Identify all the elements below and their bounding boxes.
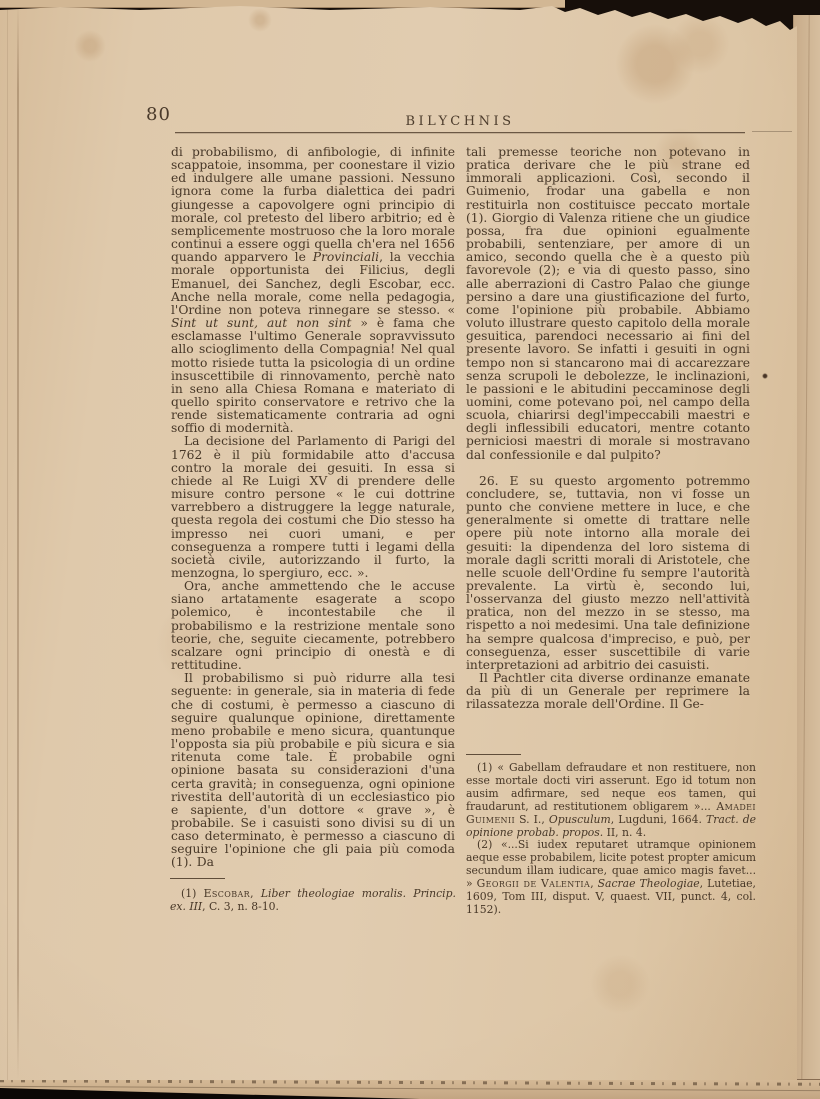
text-run: , Lugduni, 1664. [611,813,706,826]
text-run: , [250,887,261,900]
paragraph: 26. E su questo argomento potremmo concl… [466,475,750,672]
page-number: 80 [146,104,171,125]
paragraph: Il probabilismo si può ridurre alla tesi… [171,672,455,869]
right-footnotes: (1) « Gabellam defraudare et non restitu… [466,762,756,917]
text-run: (1) [181,887,204,900]
right-footnote-rule [466,754,521,755]
page-edge-scratches [0,1079,820,1086]
header-rule-fragment [752,131,792,132]
text-run: II, n. 4. [603,826,646,839]
text-run: Escobar [204,887,251,900]
paragraph: (2) «...Si iudex reputaret utramque opin… [466,839,756,916]
left-footnotes: (1) Escobar, Liber theologiae moralis. P… [170,888,456,914]
paragraph: tali premesse teoriche non potevano in p… [466,146,750,462]
text-run: S. I., [515,813,549,826]
text-run: , C. 3, n. 8-10. [202,900,279,913]
left-column: di probabilismo, di anfibologie, di infi… [171,146,455,870]
header-rule [175,132,745,133]
text-run: » è fama che esclamasse l'ultimo General… [171,316,455,435]
left-crease-line-faint [7,4,8,1080]
page: 80 BILYCHNIS di probabilismo, di anfibol… [0,4,797,1080]
text-run: (1) « Gabellam defraudare et non restitu… [466,761,756,813]
text-run: tali premesse teoriche non potevano in p… [466,145,750,462]
text-run: Opusculum [549,813,611,826]
paragraph: (1) « Gabellam defraudare et non restitu… [466,762,756,839]
underlying-page-edges-right [793,15,820,1085]
text-run: 26. E su questo argomento potremmo concl… [466,474,750,672]
text-run: , [590,877,597,890]
book-scan: 80 BILYCHNIS di probabilismo, di anfibol… [0,0,820,1099]
journal-title: BILYCHNIS [175,114,745,129]
paragraph: (1) Escobar, Liber theologiae moralis. P… [170,888,456,914]
paragraph: Ora, anche ammettendo che le accuse sian… [171,580,455,672]
text-run: Sacrae Theologiae [598,877,700,890]
text-run: Ora, anche ammettendo che le accuse sian… [171,579,455,672]
text-run: Il Pachtler cita diverse ordinanze emana… [466,671,750,711]
paragraph: di probabilismo, di anfibologie, di infi… [171,146,455,435]
text-run: di probabilismo, di anfibologie, di infi… [171,145,455,264]
text-run: Il probabilismo si può ridurre alla tesi… [171,671,455,869]
right-column: tali premesse teoriche non potevano in p… [466,146,750,712]
text-run: Georgii de Valentia [477,877,591,890]
paragraph: Il Pachtler cita diverse ordinanze emana… [466,672,750,711]
left-crease-line [17,4,19,1080]
paragraph: La decisione del Parlamento di Parigi de… [171,435,455,580]
left-footnote-rule [170,878,225,879]
text-run: Provinciali [313,250,379,264]
underlying-page-edge-top [0,0,565,8]
text-run: Sint ut sunt, aut non sint [171,316,351,330]
text-run: La decisione del Parlamento di Parigi de… [171,434,455,580]
